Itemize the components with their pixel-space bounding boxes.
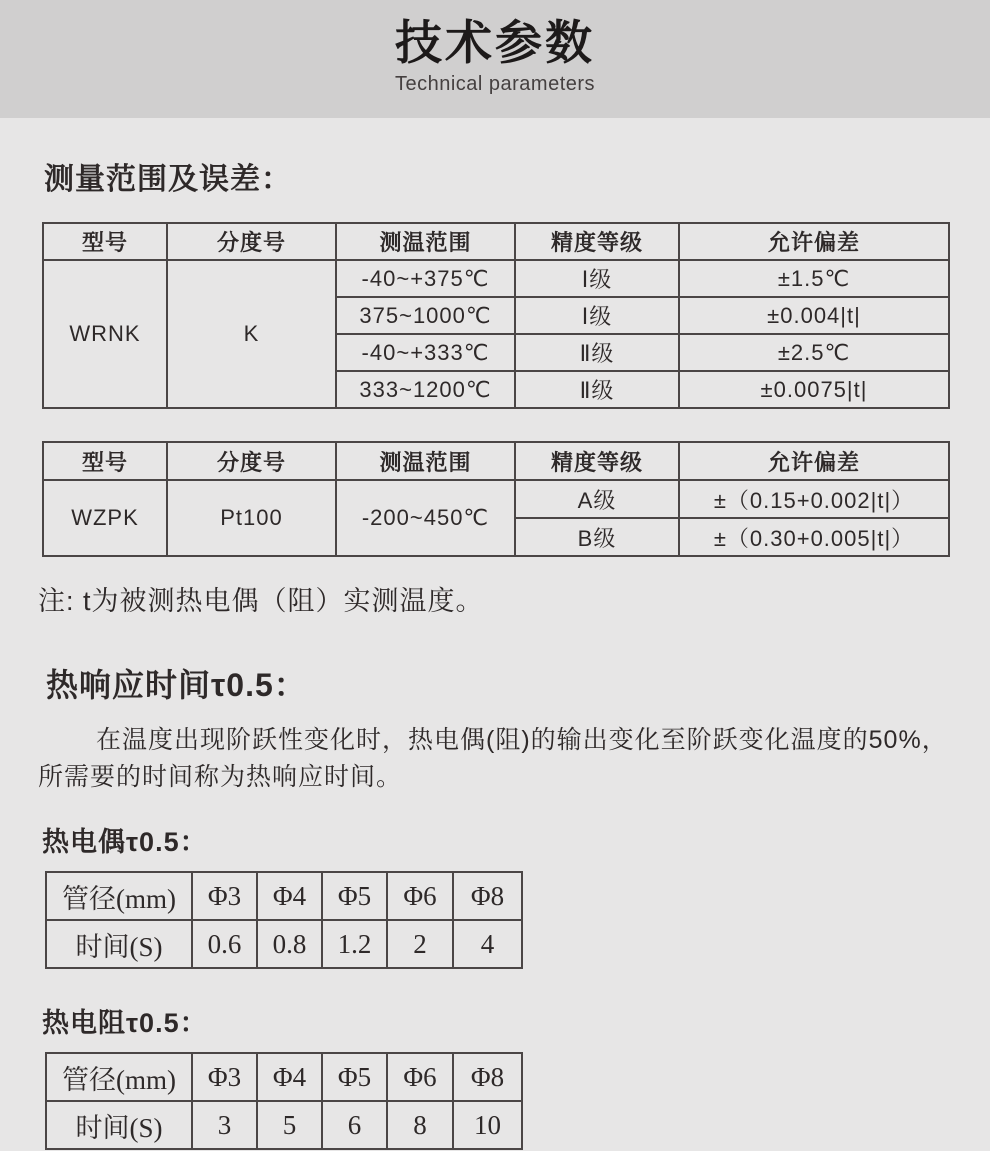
cell-grade: B级	[515, 518, 679, 556]
th-graduation: 分度号	[167, 223, 336, 260]
cell-diameter-label: 管径(mm)	[46, 872, 192, 920]
cell-time: 5	[257, 1101, 322, 1149]
response-section-title: 热响应时间τ0.5：	[46, 660, 948, 706]
cell-range: -200~450℃	[336, 480, 515, 556]
cell-deviation: ±（0.30+0.005|t|）	[679, 518, 949, 556]
th-deviation: 允许偏差	[679, 223, 949, 260]
cell-deviation: ±2.5℃	[679, 334, 949, 371]
cell-time: 8	[387, 1101, 453, 1149]
cell-diameter: Φ5	[322, 872, 387, 920]
cell-model: WRNK	[43, 260, 167, 408]
cell-time: 2	[387, 920, 453, 968]
cell-time: 6	[322, 1101, 387, 1149]
paragraph-line: 在温度出现阶跃性变化时，热电偶(阻)的输出变化至阶跃变化温度的50%，	[38, 722, 948, 759]
th-grade: 精度等级	[515, 442, 679, 480]
thermocouple-response-table: 管径(mm) Φ3 Φ4 Φ5 Φ6 Φ8 时间(S) 0.6 0.8 1.2 …	[45, 871, 523, 969]
cell-time: 1.2	[322, 920, 387, 968]
cell-time: 4	[453, 920, 522, 968]
th-range: 测温范围	[336, 442, 515, 480]
table-row: 时间(S) 3 5 6 8 10	[46, 1101, 522, 1149]
rtd-tau-title: 热电阻τ0.5：	[42, 1001, 948, 1040]
page-content: 测量范围及误差： 型号 分度号 测温范围 精度等级 允许偏差 WRNK K -4…	[0, 154, 990, 1150]
page-header: 技术参数 Technical parameters	[0, 0, 990, 118]
th-graduation: 分度号	[167, 442, 336, 480]
th-model: 型号	[43, 442, 167, 480]
paragraph-line: 所需要的时间称为热响应时间。	[38, 759, 948, 796]
cell-grade: A级	[515, 480, 679, 518]
page-title: 技术参数	[0, 16, 990, 70]
th-model: 型号	[43, 223, 167, 260]
thermocouple-range-table: 型号 分度号 测温范围 精度等级 允许偏差 WRNK K -40~+375℃ Ⅰ…	[42, 222, 950, 409]
cell-deviation: ±0.004|t|	[679, 297, 949, 334]
table-row: WRNK K -40~+375℃ Ⅰ级 ±1.5℃	[43, 260, 949, 297]
cell-diameter: Φ3	[192, 872, 257, 920]
cell-time: 0.8	[257, 920, 322, 968]
cell-grade: Ⅱ级	[515, 334, 679, 371]
cell-range: -40~+375℃	[336, 260, 515, 297]
cell-grade: Ⅰ级	[515, 260, 679, 297]
cell-deviation: ±（0.15+0.002|t|）	[679, 480, 949, 518]
cell-deviation: ±1.5℃	[679, 260, 949, 297]
cell-range: 375~1000℃	[336, 297, 515, 334]
th-grade: 精度等级	[515, 223, 679, 260]
cell-diameter-label: 管径(mm)	[46, 1053, 192, 1101]
table-header-row: 型号 分度号 测温范围 精度等级 允许偏差	[43, 223, 949, 260]
cell-time: 10	[453, 1101, 522, 1149]
table-row: 管径(mm) Φ3 Φ4 Φ5 Φ6 Φ8	[46, 872, 522, 920]
spec-sheet-page: 技术参数 Technical parameters 测量范围及误差： 型号 分度…	[0, 0, 990, 1151]
page-subtitle: Technical parameters	[0, 73, 990, 96]
cell-diameter: Φ8	[453, 872, 522, 920]
cell-range: 333~1200℃	[336, 371, 515, 408]
cell-time-label: 时间(S)	[46, 1101, 192, 1149]
cell-time-label: 时间(S)	[46, 920, 192, 968]
cell-diameter: Φ8	[453, 1053, 522, 1101]
cell-diameter: Φ6	[387, 872, 453, 920]
th-deviation: 允许偏差	[679, 442, 949, 480]
cell-time: 3	[192, 1101, 257, 1149]
cell-deviation: ±0.0075|t|	[679, 371, 949, 408]
response-paragraph: 在温度出现阶跃性变化时，热电偶(阻)的输出变化至阶跃变化温度的50%， 所需要的…	[38, 722, 948, 796]
table-row: 时间(S) 0.6 0.8 1.2 2 4	[46, 920, 522, 968]
cell-diameter: Φ4	[257, 1053, 322, 1101]
table-row: WZPK Pt100 -200~450℃ A级 ±（0.15+0.002|t|）	[43, 480, 949, 518]
cell-grade: Ⅰ级	[515, 297, 679, 334]
cell-graduation: K	[167, 260, 336, 408]
rtd-range-table: 型号 分度号 测温范围 精度等级 允许偏差 WZPK Pt100 -200~45…	[42, 441, 950, 557]
cell-model: WZPK	[43, 480, 167, 556]
cell-diameter: Φ3	[192, 1053, 257, 1101]
rtd-response-table: 管径(mm) Φ3 Φ4 Φ5 Φ6 Φ8 时间(S) 3 5 6 8 10	[45, 1052, 523, 1150]
table-header-row: 型号 分度号 测温范围 精度等级 允许偏差	[43, 442, 949, 480]
cell-graduation: Pt100	[167, 480, 336, 556]
thermocouple-tau-title: 热电偶τ0.5：	[42, 820, 948, 859]
cell-grade: Ⅱ级	[515, 371, 679, 408]
cell-diameter: Φ5	[322, 1053, 387, 1101]
cell-diameter: Φ6	[387, 1053, 453, 1101]
cell-diameter: Φ4	[257, 872, 322, 920]
measure-section-title: 测量范围及误差：	[44, 154, 948, 198]
cell-range: -40~+333℃	[336, 334, 515, 371]
table-row: 管径(mm) Φ3 Φ4 Φ5 Φ6 Φ8	[46, 1053, 522, 1101]
note-text: 注: t为被测热电偶（阻）实测温度。	[38, 579, 948, 618]
cell-time: 0.6	[192, 920, 257, 968]
th-range: 测温范围	[336, 223, 515, 260]
